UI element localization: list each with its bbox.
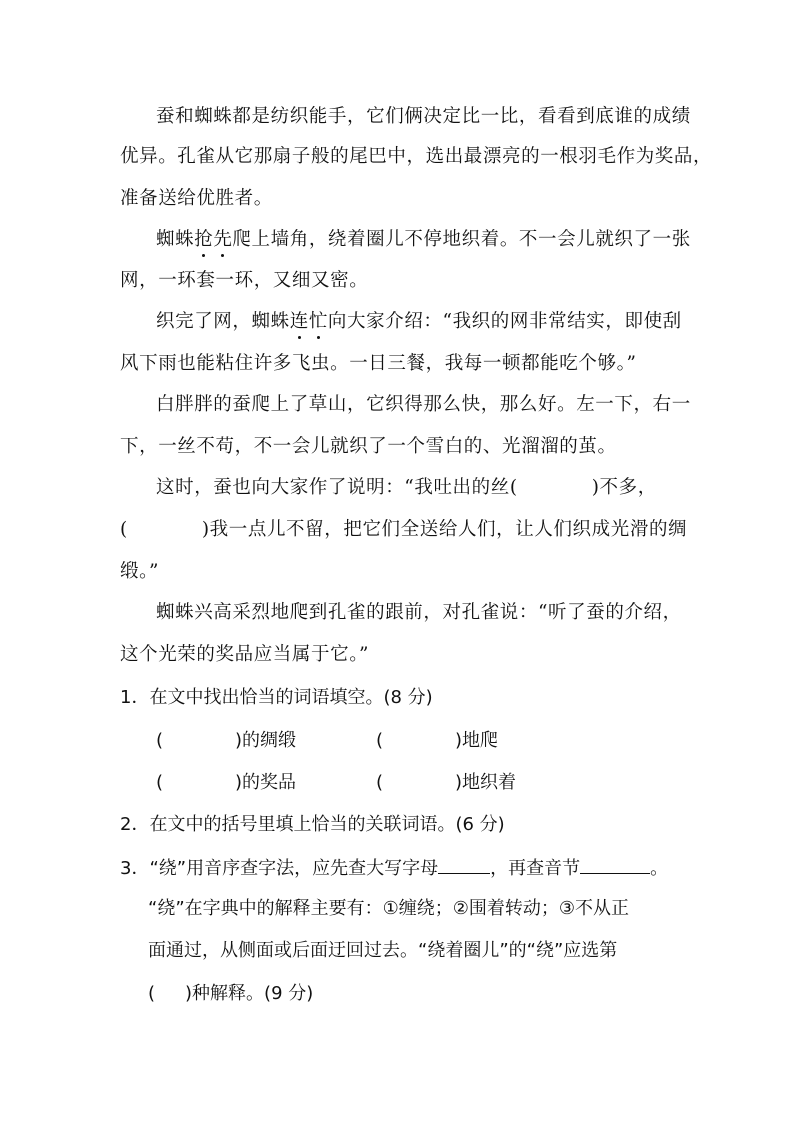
paren-open: ( xyxy=(376,772,383,793)
passage-p3-line1: 织完了网，蜘蛛连忙向大家介绍：“我织的网非常结实，即使刮 xyxy=(156,310,682,334)
question-text: 3．“绕”用音序查字法，应先查大写字母 xyxy=(120,858,438,879)
passage-text: 向大家介绍：“我织的网非常结实，即使刮 xyxy=(328,311,682,332)
passage-text: 爬上墙角，绕着圈儿不停地织着。不一会儿就织了一张 xyxy=(232,229,690,250)
question-3-line2: “绕”在字典中的解释主要有：①缠绕；②围着转动；③不从正 xyxy=(148,897,629,921)
question-3-line3: 面通过，从侧面或后面迂回过去。“绕着圈儿”的“绕”应选第 xyxy=(148,939,617,963)
passage-p2-line1: 蜘蛛抢先爬上墙角，绕着圈儿不停地织着。不一会儿就织了一张 xyxy=(156,228,691,252)
question-1-title: 1．在文中找出恰当的词语填空。(8 分) xyxy=(120,686,433,710)
passage-text: ( xyxy=(120,519,128,540)
passage-p4-line2: 下，一丝不苟，不一会儿就织了一个雪白的、光溜溜的茧。 xyxy=(120,435,617,459)
question-1-item: ()的绸缎 xyxy=(156,729,296,753)
passage-p6-line2: 这个光荣的奖品应当属于它。” xyxy=(120,643,369,667)
passage-text: 蜘蛛 xyxy=(156,229,194,250)
paren-open: ( xyxy=(156,772,163,793)
question-2-title: 2．在文中的括号里填上恰当的关联词语。(6 分) xyxy=(120,813,505,837)
paren-open: ( xyxy=(156,730,163,751)
question-1-item: ()地织着 xyxy=(376,771,516,795)
question-1-item: ()地爬 xyxy=(376,729,498,753)
question-1-item: ()的奖品 xyxy=(156,771,296,795)
passage-p2-line2: 网，一环套一环，又细又密。 xyxy=(120,269,368,293)
passage-p6-line1: 蜘蛛兴高采烈地爬到孔雀的跟前，对孔雀说：“听了蚕的介绍， xyxy=(156,601,682,625)
question-text: )种解释。(9 分) xyxy=(185,983,313,1004)
answer-underline[interactable] xyxy=(438,855,490,874)
passage-p3-line2: 风下雨也能粘住许多飞虫。一日三餐，我每一顿都能吃个够。” xyxy=(120,352,637,376)
item-text: )的绸缎 xyxy=(235,730,296,751)
passage-text: )我一点儿不留，把它们全送给人们，让人们织成光滑的绸 xyxy=(202,519,687,540)
item-text: )的奖品 xyxy=(235,772,296,793)
paren-open: ( xyxy=(148,983,155,1004)
passage-p5-line2: ()我一点儿不留，把它们全送给人们，让人们织成光滑的绸 xyxy=(120,518,687,542)
passage-p4-line1: 白胖胖的蚕爬上了草山，它织得那么快，那么好。左一下，右一 xyxy=(156,393,691,417)
item-text: )地爬 xyxy=(455,730,498,751)
passage-text: 这时，蚕也向大家作了说明：“我吐出的丝( xyxy=(156,477,518,498)
item-text: )地织着 xyxy=(455,772,516,793)
passage-p1-line3: 准备送给优胜者。 xyxy=(120,187,273,211)
answer-underline[interactable] xyxy=(580,855,650,874)
paren-open: ( xyxy=(376,730,383,751)
passage-text: )不多， xyxy=(592,477,657,498)
emphasis-dot-char: 连 xyxy=(290,310,309,334)
question-text: ，再查音节 xyxy=(490,858,580,879)
passage-p5-line3: 缎。” xyxy=(120,560,159,584)
passage-p1-line1: 蚕和蜘蛛都是纺织能手，它们俩决定比一比，看看到底谁的成绩 xyxy=(156,105,691,129)
emphasis-dot-char: 先 xyxy=(213,228,232,252)
question-3-line1: 3．“绕”用音序查字法，应先查大写字母，再查音节。 xyxy=(120,855,668,879)
emphasis-dot-char: 抢 xyxy=(194,228,213,252)
passage-p5-line1: 这时，蚕也向大家作了说明：“我吐出的丝()不多， xyxy=(156,476,657,500)
passage-text: 织完了网，蜘蛛 xyxy=(156,311,290,332)
passage-p1-line2: 优异。孔雀从它那扇子般的尾巴中，选出最漂亮的一根羽毛作为奖品， xyxy=(120,145,712,169)
question-3-line4: ()种解释。(9 分) xyxy=(148,982,313,1006)
emphasis-dot-char: 忙 xyxy=(309,310,328,334)
question-text: 。 xyxy=(650,858,668,879)
